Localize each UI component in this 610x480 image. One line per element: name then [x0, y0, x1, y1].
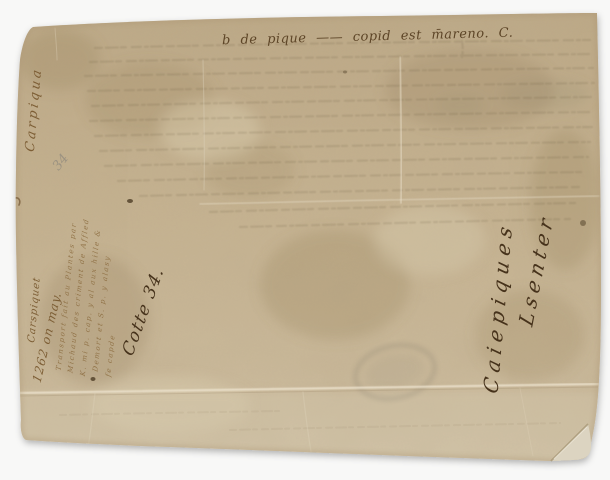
- parchment-sheet: [0, 0, 610, 480]
- document-scan-page: b de pique —— copid est m̄areno. C. Carp…: [0, 0, 610, 480]
- parchment-image: [0, 0, 610, 480]
